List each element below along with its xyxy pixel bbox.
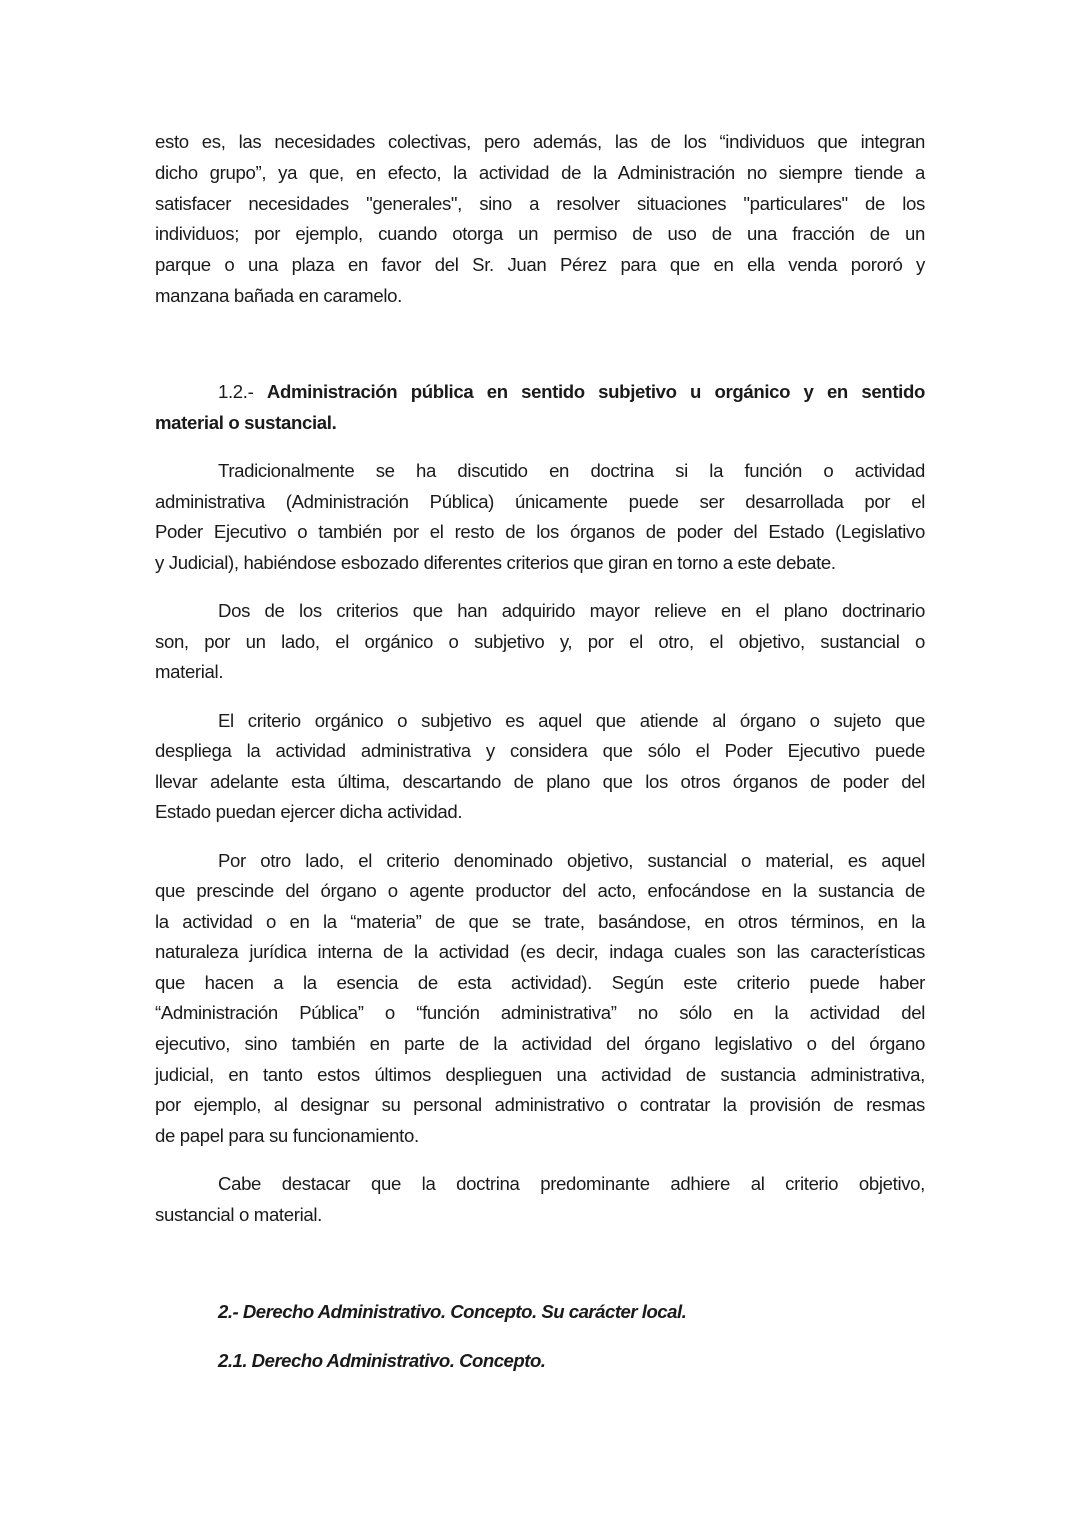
text-line: de papel para su funcionamiento. [155,1121,925,1151]
text-line: Estado puedan ejercer dicha actividad. [155,797,925,827]
text-line: parque o una plaza en favor del Sr. Juan… [155,250,925,280]
text-line: naturaleza jurídica interna de la activi… [155,937,925,967]
text-line: esto es, las necesidades colectivas, per… [155,127,925,157]
section-title: Administración pública en sentido subjet… [267,381,925,402]
text-line: El criterio orgánico o subjetivo es aque… [218,706,925,736]
section-heading-2-1: 2.1. Derecho Administrativo. Concepto. [218,1346,545,1376]
text-line: Tradicionalmente se ha discutido en doct… [218,456,925,486]
text-line: llevar adelante esta última, descartando… [155,767,925,797]
section-number: 1.2.- [218,381,253,402]
text-line: sustancial o material. [155,1200,925,1230]
text-line: “Administración Pública” o “función admi… [155,998,925,1028]
text-line: dicho grupo”, ya que, en efecto, la acti… [155,158,925,188]
section-title-continued: material o sustancial. [155,408,925,438]
text-line: son, por un lado, el orgánico o subjetiv… [155,627,925,657]
text-line: que hacen a la esencia de esta actividad… [155,968,925,998]
document-page: esto es, las necesidades colectivas, per… [0,0,1080,1528]
text-line: que prescinde del órgano o agente produc… [155,876,925,906]
text-line: judicial, en tanto estos últimos desplie… [155,1060,925,1090]
text-line: administrativa (Administración Pública) … [155,487,925,517]
section-heading-line: 1.2.- Administración pública en sentido … [218,377,925,407]
text-line: material. [155,657,925,687]
text-line: manzana bañada en caramelo. [155,281,925,311]
text-line: ejecutivo, sino también en parte de la a… [155,1029,925,1059]
text-line: Poder Ejecutivo o también por el resto d… [155,517,925,547]
text-line: satisfacer necesidades "generales", sino… [155,189,925,219]
text-line: por ejemplo, al designar su personal adm… [155,1090,925,1120]
text-line: la actividad o en la “materia” de que se… [155,907,925,937]
text-line: y Judicial), habiéndose esbozado diferen… [155,548,925,578]
text-line: Cabe destacar que la doctrina predominan… [218,1169,925,1199]
text-line: Dos de los criterios que han adquirido m… [218,596,925,626]
text-line: Por otro lado, el criterio denominado ob… [218,846,925,876]
text-line: individuos; por ejemplo, cuando otorga u… [155,219,925,249]
section-heading-2: 2.- Derecho Administrativo. Concepto. Su… [218,1297,686,1327]
text-line: despliega la actividad administrativa y … [155,736,925,766]
